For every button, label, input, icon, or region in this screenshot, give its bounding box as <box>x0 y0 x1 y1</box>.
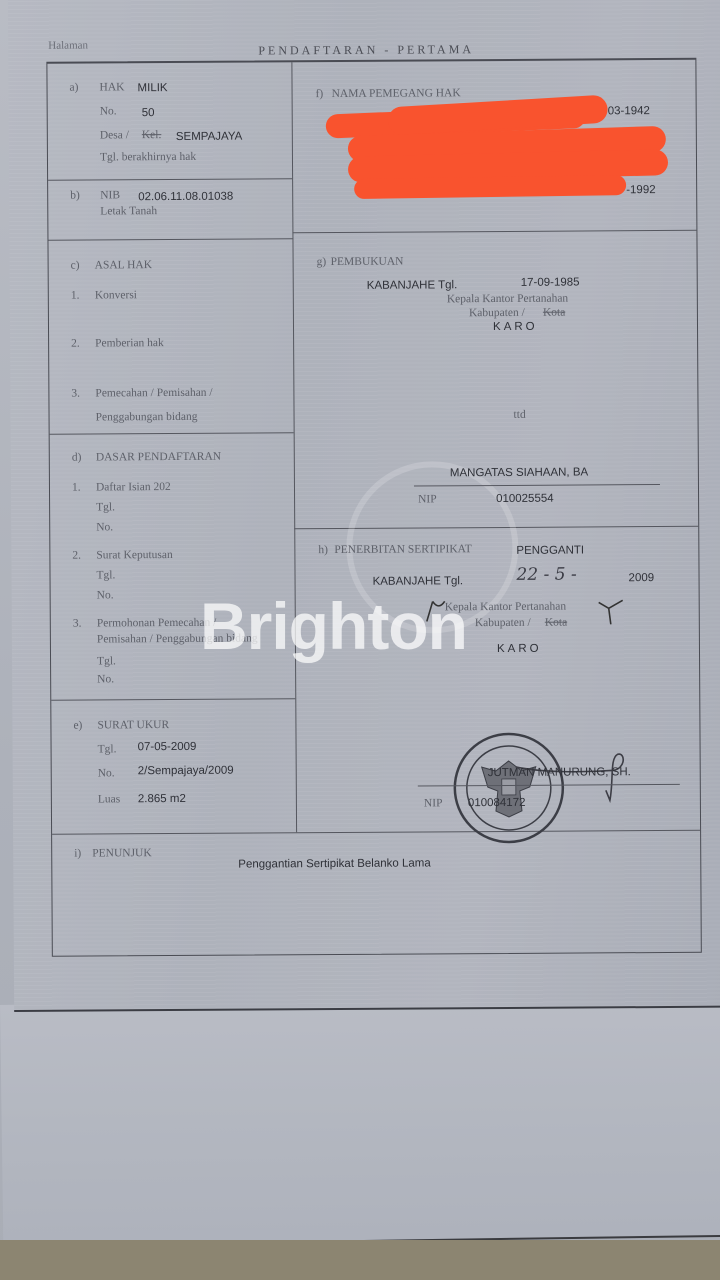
location-label: Letak Tanah <box>100 205 157 217</box>
section-dasar-pendaftaran: d) DASAR PENDAFTARAN 1. Daftar Isian 202… <box>47 60 695 64</box>
signature-icon <box>514 750 634 811</box>
certificate-page: Halaman PENDAFTARAN - PERTAMA a) HAK MIL… <box>8 0 720 1012</box>
section-marker: e) <box>73 720 82 732</box>
section-heading: NAMA PEMEGANG HAK <box>332 87 461 100</box>
table-surface <box>0 1240 720 1280</box>
divider-b-c <box>48 238 292 241</box>
luas-label: Luas <box>98 793 120 805</box>
brand-watermark: Brighton <box>200 588 467 664</box>
no-label: No. <box>97 589 114 601</box>
section-marker: d) <box>72 452 82 464</box>
tgl-label: Tgl. <box>96 569 115 581</box>
section-penunjuk: i) PENUNJUK Penggantian Sertipikat Belan… <box>47 60 695 64</box>
official-name: JUTMAN MANURUNG, SH. <box>488 766 631 779</box>
pembukuan-date: 17-09-1985 <box>521 277 580 289</box>
item-label: Permohonan Pemecahan / <box>97 617 217 630</box>
kel-struck-label: Kel. <box>142 129 162 141</box>
holder-date-fragment: 03-1942 <box>608 105 650 117</box>
office-subtitle: Kabupaten / <box>475 617 531 629</box>
item-number: 2. <box>71 338 80 350</box>
region-name: KARO <box>497 643 542 655</box>
place-date-label: KABANJAHE Tgl. <box>373 575 464 588</box>
luas-value: 2.865 m2 <box>138 793 186 805</box>
divider-d-e <box>51 698 295 701</box>
no-label: No. <box>100 105 117 117</box>
penunjuk-note: Penggantian Sertipikat Belanko Lama <box>238 857 431 870</box>
no-value: 2/Sempajaya/2009 <box>138 765 234 778</box>
divider-a-b <box>48 178 292 181</box>
page-label: Halaman <box>48 40 88 52</box>
handwritten-date: 22 - 5 - <box>516 565 576 585</box>
kota-struck-label: Kota <box>543 307 565 319</box>
nip-value: 010084172 <box>468 797 526 809</box>
section-marker: i) <box>74 848 81 860</box>
kota-struck-label: Kota <box>545 617 567 629</box>
item-number: 2. <box>72 550 81 562</box>
tgl-label: Tgl. <box>97 655 116 667</box>
region-name: KARO <box>493 321 538 333</box>
blank-sheet-underneath <box>0 995 720 1247</box>
section-hak-milik: a) HAK MILIK No. 50 Desa / Kel. SEMPAJAY… <box>47 60 695 64</box>
section-marker: f) <box>316 88 324 100</box>
form-frame: a) HAK MILIK No. 50 Desa / Kel. SEMPAJAY… <box>46 58 701 957</box>
section-heading: PENUNJUK <box>92 847 151 859</box>
item-label: Pemberian hak <box>95 337 164 349</box>
section-pembukuan: g) PEMBUKUAN KABANJAHE Tgl. 17-09-1985 K… <box>47 60 695 64</box>
official-name: MANGATAS SIAHAAN, BA <box>450 466 588 479</box>
no-value: 50 <box>142 107 155 119</box>
item-label: Surat Keputusan <box>96 549 172 561</box>
item-number: 1. <box>72 482 81 494</box>
column-divider <box>291 62 297 832</box>
nip-value: 010025554 <box>496 493 554 505</box>
section-heading: PENERBITAN SERTIPIKAT <box>334 543 471 556</box>
nip-label: NIP <box>424 797 443 809</box>
section-surat-ukur: e) SURAT UKUR Tgl. 07-05-2009 No. 2/Semp… <box>47 60 695 64</box>
section-nib: b) NIB 02.06.11.08.01038 Letak Tanah <box>47 60 695 64</box>
section-marker: a) <box>69 82 78 94</box>
section-heading: HAK <box>99 81 124 93</box>
no-label: No. <box>96 521 113 533</box>
no-label: No. <box>98 767 115 779</box>
item-label: Konversi <box>95 289 137 301</box>
item-number: 1. <box>71 290 80 302</box>
holder-date-fragment: -1992 <box>626 184 655 196</box>
item-label: Pemecahan / Pemisahan / <box>95 387 212 400</box>
redaction-mark <box>354 175 626 199</box>
nib-label: NIB <box>100 189 120 201</box>
section-heading: ASAL HAK <box>95 259 152 271</box>
page-title: PENDAFTARAN - PERTAMA <box>258 42 474 58</box>
signature-placeholder: ttd <box>514 409 526 421</box>
issue-year: 2009 <box>629 572 655 584</box>
divider-f-g <box>292 230 696 234</box>
item-label: Penggabungan bidang <box>96 411 198 424</box>
desa-value: SEMPAJAYA <box>176 131 243 143</box>
nib-value: 02.06.11.08.01038 <box>138 191 233 204</box>
item-number: 3. <box>73 618 82 630</box>
expiry-label: Tgl. berakhirnya hak <box>100 151 196 164</box>
signature-line <box>414 484 660 487</box>
no-label: No. <box>97 673 114 685</box>
section-heading: PEMBUKUAN <box>331 256 404 268</box>
tgl-label: Tgl. <box>96 501 115 513</box>
section-marker: h) <box>318 544 328 556</box>
section-asal-hak: c) ASAL HAK 1. Konversi 2. Pemberian hak… <box>47 60 695 64</box>
section-nama-pemegang-hak: f) NAMA PEMEGANG HAK 03-1942 -1992 <box>47 60 695 64</box>
nip-label: NIP <box>418 493 437 505</box>
section-penerbitan-sertipikat: h) PENERBITAN SERTIPIKAT PENGGANTI KABAN… <box>47 60 695 64</box>
right-type-value: MILIK <box>138 82 168 94</box>
item-number: 3. <box>71 388 80 400</box>
divider-c-d <box>50 432 294 435</box>
initial-mark-icon <box>597 596 627 626</box>
office-title: Kepala Kantor Pertanahan <box>447 293 568 306</box>
place-date-label: KABANJAHE Tgl. <box>367 279 458 292</box>
tgl-label: Tgl. <box>98 743 117 755</box>
section-marker: b) <box>70 190 80 202</box>
section-heading: DASAR PENDAFTARAN <box>96 451 221 464</box>
section-marker: c) <box>71 260 80 272</box>
divider-upper-i <box>52 830 700 835</box>
tgl-value: 07-05-2009 <box>138 741 197 753</box>
section-marker: g) <box>317 256 327 268</box>
certificate-type: PENGGANTI <box>516 544 584 556</box>
item-label: Daftar Isian 202 <box>96 481 171 493</box>
office-subtitle: Kabupaten / <box>469 307 525 319</box>
desa-label: Desa / <box>100 129 129 141</box>
section-heading: SURAT UKUR <box>97 719 169 731</box>
